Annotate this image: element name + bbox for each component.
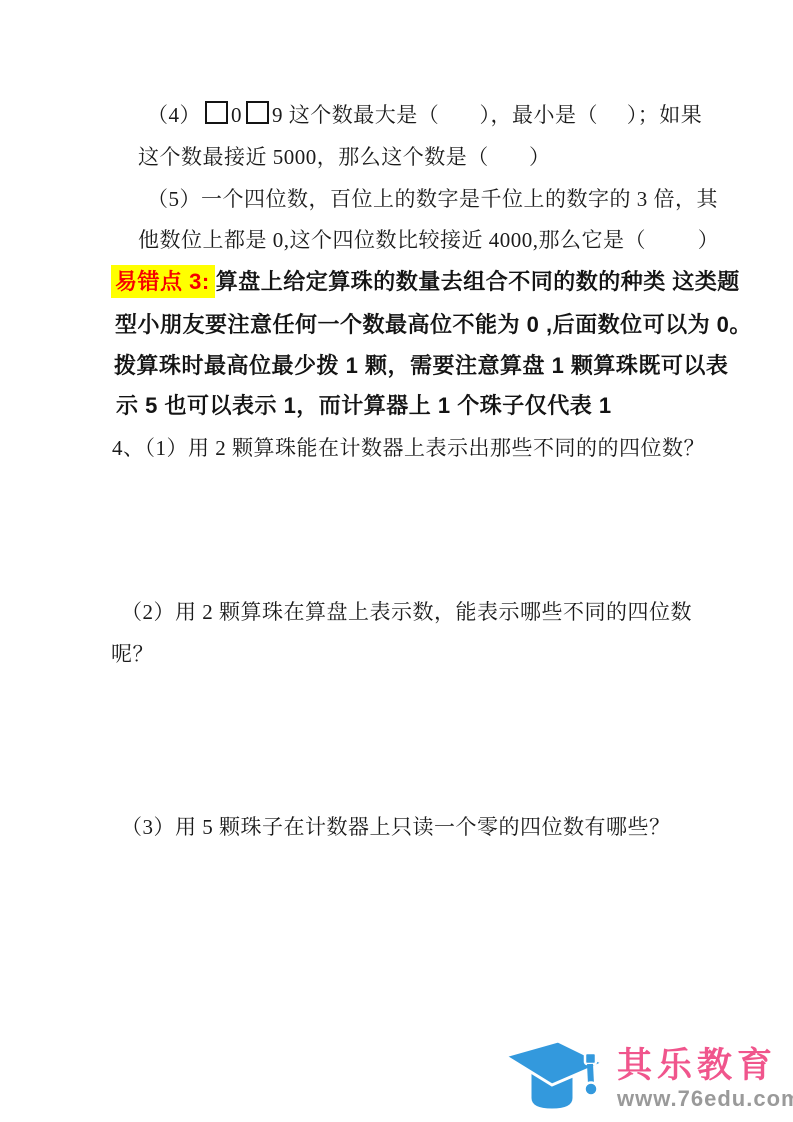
question-5-line-1: （5）一个四位数，百位上的数字是千位上的数字的 3 倍，其 bbox=[147, 185, 718, 213]
question-4-text: 这个数最大是（ ），最小是（ ）；如果 bbox=[283, 103, 702, 127]
blank-digit-box-2 bbox=[246, 101, 269, 124]
exercise-4-part-1: 4、（1）用 2 颗算珠能在计数器上表示出那些不同的的四位数？ bbox=[112, 434, 705, 462]
brand-website: www.76edu.com bbox=[617, 1088, 793, 1110]
exercise-4-part-2-line-1: （2）用 2 颗算珠在算盘上表示数，能表示哪些不同的四位数 bbox=[121, 598, 692, 626]
error-note-line-1-text: 算盘上给定算珠的数量去组合不同的数的种类 这类题 bbox=[216, 269, 740, 294]
error-note-line-2: 型小朋友要注意任何一个数最高位不能为 0 ,后面数位可以为 0。 bbox=[115, 311, 752, 339]
blank-digit-box-1 bbox=[205, 101, 228, 124]
question-4-prefix: （4） bbox=[147, 103, 201, 127]
worksheet-page: （4）09 这个数最大是（ ），最小是（ ）；如果 这个数最接近 5000，那么… bbox=[0, 0, 793, 1122]
exercise-4-part-2-line-2: 呢？ bbox=[111, 640, 154, 668]
error-note-line-3: 拨算珠时最高位最少拨 1 颗，需要注意算盘 1 颗算珠既可以表 bbox=[114, 352, 728, 380]
error-note-line-1: 易错点 3:算盘上给定算珠的数量去组合不同的数的种类 这类题 bbox=[111, 268, 740, 296]
error-note-badge: 易错点 3: bbox=[111, 265, 215, 298]
site-watermark-logo: 其乐教育 www.76edu.com bbox=[502, 1038, 793, 1114]
brand-name: 其乐教育 bbox=[617, 1048, 793, 1083]
logo-text-block: 其乐教育 www.76edu.com bbox=[617, 1038, 793, 1110]
question-4-line-1: （4）09 这个数最大是（ ），最小是（ ）；如果 bbox=[147, 101, 702, 129]
question-4-digit-2: 9 bbox=[272, 103, 283, 127]
question-4-digit-1: 0 bbox=[231, 103, 242, 127]
graduation-cap-icon bbox=[502, 1040, 607, 1114]
error-note-line-4: 示 5 也可以表示 1，而计算器上 1 个珠子仅代表 1 bbox=[116, 392, 612, 420]
exercise-4-part-3: （3）用 5 颗珠子在计数器上只读一个零的四位数有哪些？ bbox=[121, 813, 671, 841]
question-5-line-2: 他数位上都是 0,这个四位数比较接近 4000,那么它是（ ） bbox=[138, 226, 719, 254]
question-4-line-2: 这个数最接近 5000，那么这个数是（ ） bbox=[138, 143, 551, 171]
